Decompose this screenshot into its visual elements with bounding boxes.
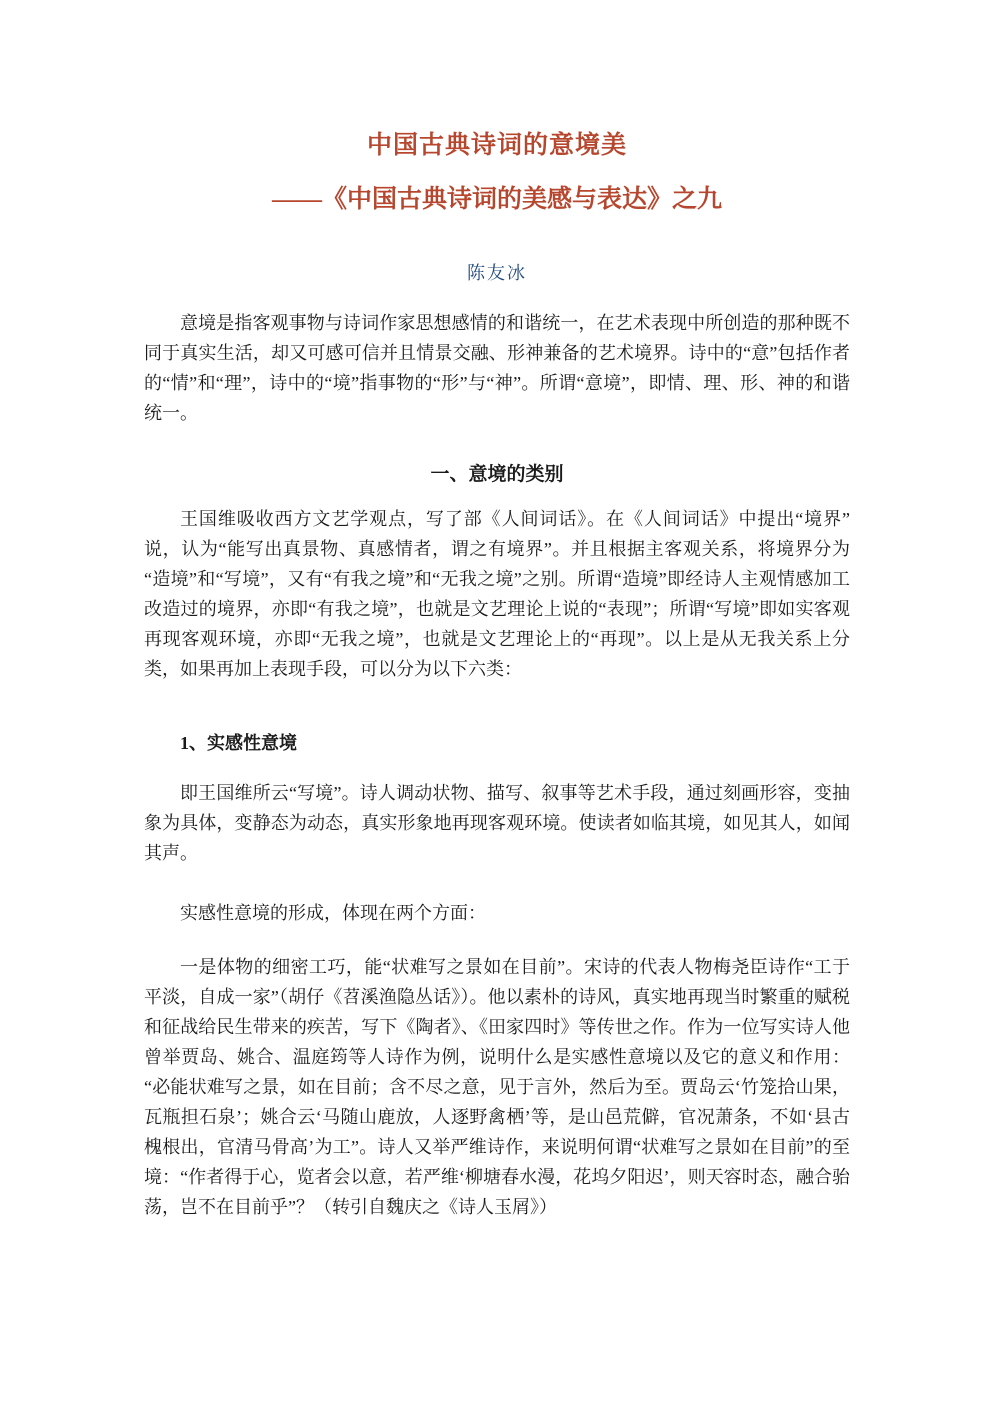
author-name: 陈友冰 — [144, 258, 850, 288]
document-title: 中国古典诗词的意境美 — [144, 0, 850, 162]
document-subtitle: ——《中国古典诗词的美感与表达》之九 — [144, 184, 850, 216]
subsection-1-paragraph-meiyaochen: 一是体物的细密工巧，能“状难写之景如在目前”。宋诗的代表人物梅尧臣诗作“工于平淡… — [144, 952, 850, 1222]
subsection-1-paragraph-two-aspects: 实感性意境的形成，体现在两个方面： — [144, 898, 850, 928]
document-page: 中国古典诗词的意境美 ——《中国古典诗词的美感与表达》之九 陈友冰 意境是指客观… — [0, 0, 993, 1404]
intro-paragraph: 意境是指客观事物与诗词作家思想感情的和谐统一，在艺术表现中所创造的那种既不同于真… — [144, 308, 850, 428]
subsection-1-paragraph-definition: 即王国维所云“写境”。诗人调动状物、描写、叙事等艺术手段，通过刻画形容，变抽象为… — [144, 778, 850, 868]
section-1-overview-paragraph: 王国维吸收西方文艺学观点，写了部《人间词话》。在《人间词话》中提出“境界”说，认… — [144, 504, 850, 684]
section-1-heading: 一、意境的类别 — [144, 460, 850, 490]
subsection-1-heading: 1、实感性意境 — [144, 728, 850, 758]
